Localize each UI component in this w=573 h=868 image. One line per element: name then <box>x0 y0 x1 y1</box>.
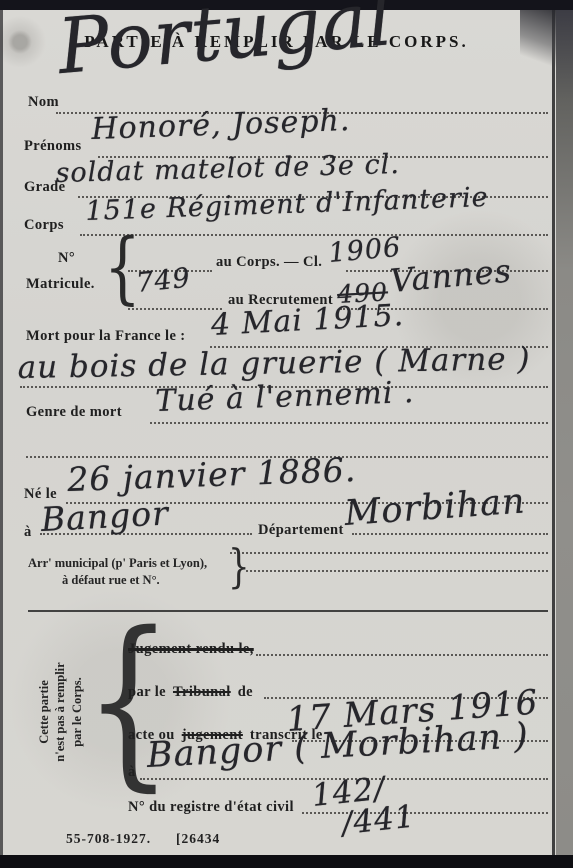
scan-right-margin <box>556 10 573 855</box>
scan-bottom-edge <box>0 855 573 868</box>
corps-handwritten-value: 151e Régiment d'Infanterie <box>85 182 489 227</box>
nom-label: Nom <box>28 94 59 111</box>
jugement-label-struck: Jugement rendu le, <box>128 641 254 658</box>
departement-handwritten-value: Morbihan <box>343 481 527 534</box>
matricule-brace: { <box>104 228 141 306</box>
corps-label: Corps <box>24 217 64 234</box>
print-code: 55-708-1927. <box>66 831 151 847</box>
arr-municipal-label-line2: à défaut rue et N°. <box>62 573 160 588</box>
recrutement-handwritten-value: Vannes <box>389 252 514 300</box>
dotted-line <box>230 552 548 554</box>
mort-label: Mort pour la France le : <box>26 328 186 345</box>
dotted-line <box>80 234 548 236</box>
departement-label: Département <box>258 522 344 539</box>
tribunal-suffix: de <box>238 684 253 700</box>
dotted-line <box>256 654 548 656</box>
lieu-naissance-label: à <box>24 524 32 541</box>
matricule-label-numero: N° <box>58 250 75 267</box>
matricule-numero-handwritten-value: 749 <box>135 262 192 299</box>
genre-mort-label: Genre de mort <box>26 404 122 421</box>
arr-municipal-label-line1: Arr' municipal (p' Paris et Lyon), <box>28 556 207 571</box>
matricule-label: Matricule. <box>26 276 95 293</box>
registre-label: N° du registre d'état civil <box>128 799 294 816</box>
dotted-line <box>352 533 548 535</box>
side-note-line: n'est pas à remplir <box>52 626 68 798</box>
dotted-line <box>128 308 222 310</box>
side-note-line: Cette partie <box>36 626 52 798</box>
dotted-line <box>246 570 548 572</box>
arr-municipal-brace: } <box>228 544 250 590</box>
lieu-transcription-handwritten-value: Bangor ( Morbihan ) <box>146 716 530 776</box>
reference-number: [26434 <box>176 831 220 847</box>
dotted-line <box>302 812 548 814</box>
registre-denominator-handwritten: /441 <box>340 799 417 842</box>
card-right-edge-line <box>552 10 555 855</box>
nom-handwritten-value: Portugal <box>54 0 396 91</box>
dotted-line <box>150 422 548 424</box>
grade-handwritten-value: soldat matelot de 3e cl. <box>55 149 400 189</box>
tribunal-prefix: par le <box>128 684 166 700</box>
lieu-transcription-label: à <box>128 764 136 781</box>
prenoms-handwritten-value: Honoré, Joseph. <box>91 103 351 147</box>
lieu-naissance-handwritten-value: Bangor <box>40 493 170 539</box>
side-note-line: par le Corps. <box>69 626 85 798</box>
prenoms-label: Prénoms <box>24 138 82 155</box>
death-record-card: PARTIE À REMPLIR PAR LE CORPS. Portugal … <box>0 0 573 868</box>
au-corps-label: au Corps. — Cl. <box>216 254 322 271</box>
scan-left-edge <box>0 10 3 855</box>
tribunal-struck-word: Tribunal <box>173 684 231 700</box>
side-note-vertical: Cette partie n'est pas à remplir par le … <box>36 626 85 798</box>
tribunal-label: par leTribunalde <box>128 684 253 701</box>
